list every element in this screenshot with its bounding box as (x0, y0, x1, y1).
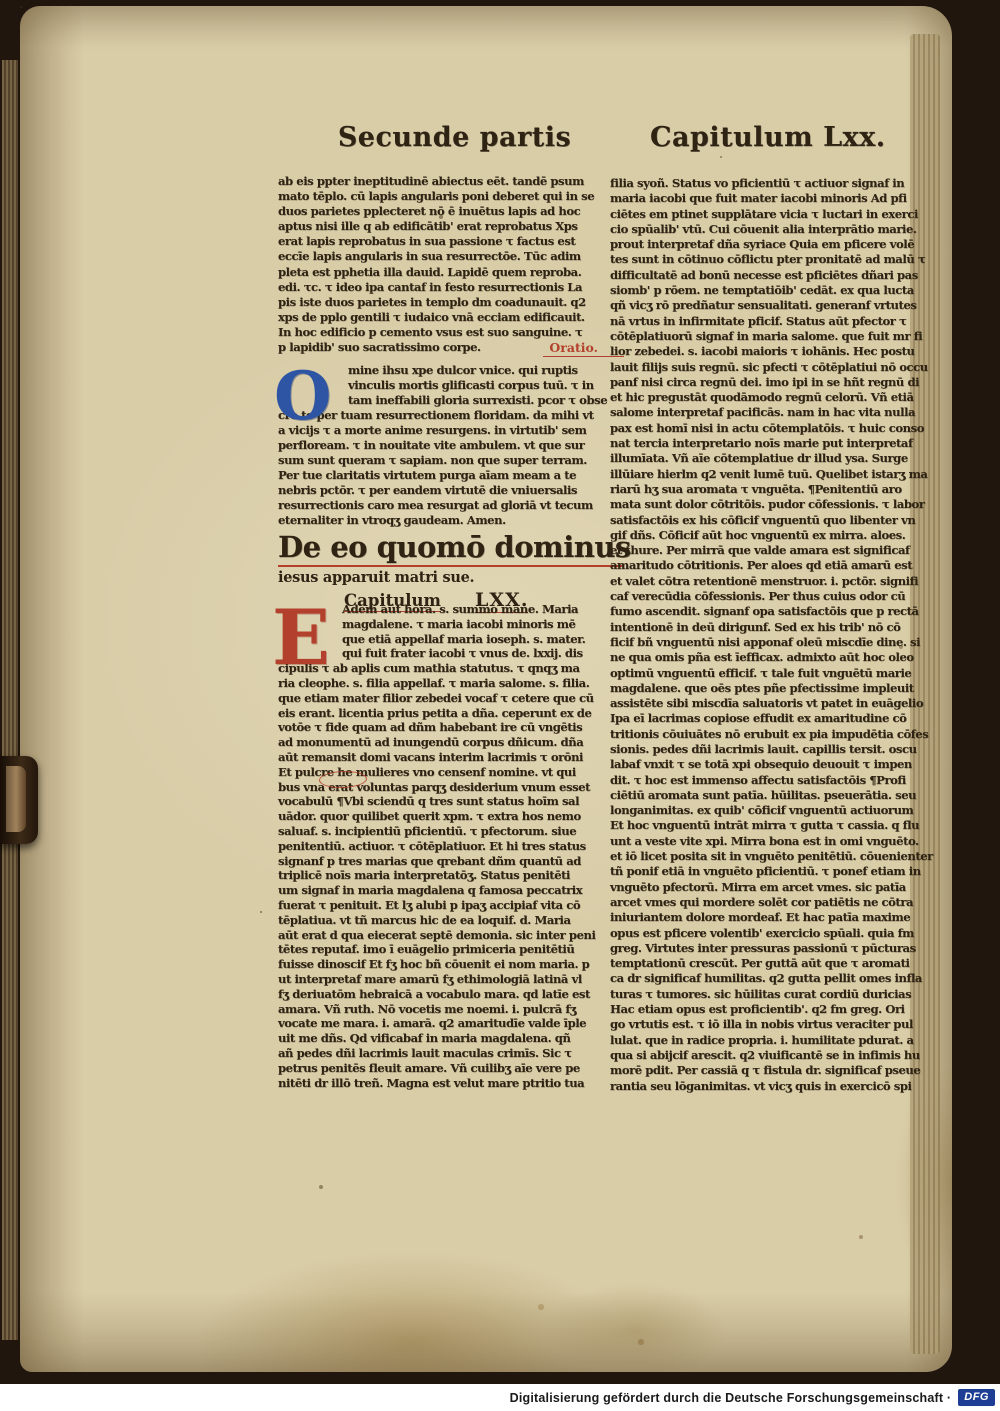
text-line: qui fuit frater iacobi τ vnus de. lxxij.… (342, 646, 624, 661)
text-line: illūiare hierlm q2 venit lumē tuū. Queli… (610, 467, 958, 482)
text-line: ut interpretaf mare amarū fʒ ethimologiā… (278, 972, 624, 987)
text-line: xps de pplo gentili τ iudaico vnā ecciam… (278, 310, 624, 325)
chapter-heading-title: De eo quomō dominus (278, 530, 624, 567)
text-line: mata sunt dolor cōtritōis. pudor cōfessi… (610, 497, 958, 512)
footer-bar: Digitalisierung gefördert durch die Deut… (0, 1384, 1000, 1411)
text-line: labaf vnxit τ se totā xpi obsequio deuou… (610, 757, 958, 772)
paper-speckles (20, 6, 22, 8)
text-line: iniuriantem dolore mordeaf. Et hac patīa… (610, 910, 958, 925)
text-line: ne qua omis pña est īefficax. admixto aū… (610, 650, 958, 665)
text-line: aptus nisi ille q ab edificātib' erat re… (278, 219, 624, 234)
text-line: fʒ deriuatōm hebraicā a vocabulo mara. q… (278, 987, 624, 1002)
drop-cap-e-initial: E (272, 600, 330, 676)
text-line: illumīata. Vñ aīe cōtemplatiue dr illud … (610, 451, 958, 466)
text-line: nitēti dr illō treñ. Magna est velut mar… (278, 1076, 624, 1091)
text-line: eccīe lapis angularis in sua resurrectōe… (278, 249, 624, 264)
text-line: difficultatē ad bonū necesse est pficiēt… (610, 268, 958, 283)
text-line: añ pedes dñi lacrimis lauit maculas crim… (278, 1046, 624, 1061)
text-line: uādor. quor quilibet querit xpm. τ extra… (278, 809, 624, 824)
text-line: et hic pregustāt quodāmodo regnū celorū.… (610, 390, 958, 405)
text-line: go vrtutis est. τ iō illa in nobis virtu… (610, 1017, 958, 1032)
prayer-indented-lines: mine ihsu xpe dulcor vnice. qui ruptisvi… (348, 363, 624, 408)
text-line: siomb' p rōem. ne temptatiōib' cedāt. ex… (610, 283, 958, 298)
text-line: Per tue claritatis virtutem purga aīam m… (278, 468, 624, 483)
text-line: prout interpretaf dña syriace Quia em pf… (610, 237, 958, 252)
text-line: temptationū crescūt. Per guttā aūt que τ… (610, 956, 958, 971)
text-line: fuisse dinoscif Et fʒ hoc bñ cōuenit ei … (278, 957, 624, 972)
text-line: intentionē in deū dirigunf. Sed ex his t… (610, 620, 958, 635)
text-line: Et hoc vnguentū intrāt mirra τ gutta τ c… (610, 818, 958, 833)
text-line: lior zebedei. s. iacobi maioris τ iohāni… (610, 344, 958, 359)
footer-credit: Digitalisierung gefördert durch die Deut… (510, 1391, 952, 1405)
text-line: pis iste duos parietes in templo dm coad… (278, 295, 624, 310)
text-line: tētes reputaf. imo ī euāgelio primiceria… (278, 942, 624, 957)
running-header-right: Capitulum Lxx. (650, 122, 886, 153)
text-line: sionis. pedes dñi lacrimis lauit. capill… (610, 742, 958, 757)
text-line: triplicē noīs maria interpretatōʒ. Statu… (278, 868, 624, 883)
text-line: fuerat τ penituit. Et lʒ alubi p ipaʒ ac… (278, 898, 624, 913)
text-line: vocabulū ¶Vbi sciendū q tres sunt status… (278, 794, 624, 809)
text-line: nebris pctōr. τ per eandem virtutē die v… (278, 483, 624, 498)
text-line: um signaf in maria magdalena q famosa pe… (278, 883, 624, 898)
text-line: magdalene. que oēs ptes pñe pfectissime … (610, 681, 958, 696)
text-line: fumo ascendit. signanf opa satisfactōis … (610, 604, 958, 619)
text-line: ficif bñ vnguentū nisi apponaf oleū misc… (610, 635, 958, 650)
text-line: tes sunt in cōtinuo cōflictu pter pronit… (610, 252, 958, 267)
text-line: resurrectionis caro mea resurgat ad glor… (278, 498, 624, 513)
text-line: turas τ tumores. sic hūilitas curat cord… (610, 987, 958, 1002)
text-line: vnguēto pfectorū. Mirra em arcet vmes. s… (610, 880, 958, 895)
text-line: ad monumentū ad inungendū corpus dñicum.… (278, 735, 624, 750)
text-line: et thure. Per mirrā que valde amara est … (610, 543, 958, 558)
text-line: eis erant. licentia prius petita a dña. … (278, 706, 624, 721)
text-line: unt a veste vite xpi. Mirra bona est in … (610, 834, 958, 849)
text-line: petrus penitēs fleuit amare. Vñ cuilibʒ … (278, 1061, 624, 1076)
text-line: qñ vicʒ rō predñatur sensualitati. gener… (610, 298, 958, 313)
text-line: duos parietes pplecteret nō ē inuētus la… (278, 204, 624, 219)
book-page: Secunde partis Capitulum Lxx. ab eis ppt… (20, 6, 952, 1372)
right-column: filia syoñ. Status vo pficientiū τ actiu… (610, 176, 958, 1094)
text-line: caf verecūdia cōfessionis. Per thus cuiu… (610, 589, 958, 604)
text-line: optimū vnguentū efficif. τ tale fuit vng… (610, 666, 958, 681)
text-line: lulat. que in radice propria. i. humilit… (610, 1033, 958, 1048)
text-line: salome interpretaf pacificās. nam in hac… (610, 405, 958, 420)
text-line: eternaliter in vtroqʒ gaudeam. Amen. (278, 513, 624, 528)
text-line: pax est homī nisi in actu cōtemplatōis. … (610, 421, 958, 436)
chapter-heading-subtitle: iesus apparuit matri sue. (278, 569, 624, 586)
text-line: que etiam mater filior zebedei vocaf τ c… (278, 691, 624, 706)
text-line: signanf p tres marias que qrebant dñm qu… (278, 854, 624, 869)
text-line: maria iacobi que fuit mater iacobi minor… (610, 191, 958, 206)
prayer-paragraph: O mine ihsu xpe dulcor vnice. qui ruptis… (278, 363, 624, 528)
text-line: saluaf. s. incipientiū pficientiū. τ pfe… (278, 824, 624, 839)
text-line: ciētiū aromata sunt patīa. hūilitas. pse… (610, 788, 958, 803)
text-line: tritionis cōuiuātes nō erubuit ex pia im… (610, 727, 958, 742)
text-line: sum sunt queram τ sapiam. non que super … (278, 453, 624, 468)
text-line: panf nisi circa regnū dei. imo ipi in se… (610, 375, 958, 390)
text-line: nā vrtus in infirmitate pficif. Status a… (610, 314, 958, 329)
text-line: ab eis ppter ineptitudinē abiectus eēt. … (278, 174, 624, 189)
text-line: ciētes em ptinet supplātare vicia τ luct… (610, 207, 958, 222)
text-line: amara. Vñ ruth. Nō vocetis me noemi. i. … (278, 1002, 624, 1017)
text-line: tam ineffabili gloria surrexisti. pcor τ… (348, 393, 624, 408)
text-line: satisfactōis ex his cōficif vnguentū quo… (610, 513, 958, 528)
text-line: pleta est pphetia illa dauid. Lapidē que… (278, 265, 624, 280)
text-line: rantia seu lōganimitas. vt vicʒ quis in … (610, 1079, 958, 1094)
page-block-edges-left (2, 60, 18, 1340)
dfg-logo: DFG (958, 1389, 995, 1406)
text-line: edi. τc. τ ideo ipa cantaf in festo resu… (278, 280, 624, 295)
text-line: et iō licet posita sit in vnguēto penitē… (610, 849, 958, 864)
book-clasp (0, 756, 38, 844)
text-line: filia syoñ. Status vo pficientiū τ actiu… (610, 176, 958, 191)
text-line: aūt erat d qua eiecerat septē demonia. s… (278, 928, 624, 943)
text-line: tñ ponif etiā in vnguēto pficientiū. τ p… (610, 864, 958, 879)
text-line: Ipa eī lacrimas copiose effudit ex amari… (610, 711, 958, 726)
text-line: assistēte sibi miscdīa saluatoris vt pat… (610, 696, 958, 711)
chapter-lines: cipulis τ ab aplis cum mathia statutus. … (278, 661, 624, 1090)
text-line: magdalene. τ maria iacobi minoris mē (342, 617, 624, 632)
chapter-paragraph: E Adem aūt hora. s. summo mane. Mariamag… (278, 602, 624, 1090)
drop-cap-o-initial: O (274, 363, 332, 429)
text-line: dit. τ hoc est immenso affectu satisfact… (610, 773, 958, 788)
text-line: arcet vmes qui mordere solēt cor patiēti… (610, 895, 958, 910)
text-line: riarū hʒ sua aromata τ vnguēta. ¶Peniten… (610, 482, 958, 497)
left-column-paragraph-1: ab eis ppter ineptitudinē abiectus eēt. … (278, 174, 624, 355)
right-column-lines: filia syoñ. Status vo pficientiū τ actiu… (610, 176, 958, 1094)
text-line: perfloream. τ in nouitate vite ambulem. … (278, 438, 624, 453)
paragraph-lines: ab eis ppter ineptitudinē abiectus eēt. … (278, 174, 624, 340)
text-line: vocate me mara. i. amarā. q2 amaritudīe … (278, 1016, 624, 1031)
text-line: tēplatiua. vt tñ marcus hic de ea loquif… (278, 913, 624, 928)
text-line: Hac etiam opus est proficientib'. q2 fm … (610, 1002, 958, 1017)
text-line: uit me dñs. Qd vificabaf in maria magdal… (278, 1031, 624, 1046)
text-line: ca dr significaf humilitas. q2 gutta pel… (610, 971, 958, 986)
text-line: vinculis mortis glificasti corpus tuū. τ… (348, 378, 624, 393)
text-line: nat tercia interpretario noīs marie put … (610, 436, 958, 451)
text-line: longanimitas. ex quib' cōficif vnguentū … (610, 803, 958, 818)
text-line: aūt remansit domi vacans interim lacrimi… (278, 750, 624, 765)
text-line: In hoc edificio p cemento vsus est suo s… (278, 325, 624, 340)
chapter-indented-lines: Adem aūt hora. s. summo mane. Mariamagda… (342, 602, 624, 661)
text-line: mato tēplo. cū lapis angularis poni debe… (278, 189, 624, 204)
text-line: greg. Virtutes inter pressuras passionū … (610, 941, 958, 956)
oratio-line: p lapidib' suo sacratissimo corpe. Orati… (278, 340, 624, 355)
text-line: que etiā appellaf maria ioseph. s. mater… (342, 632, 624, 647)
text-line: mine ihsu xpe dulcor vnice. qui ruptis (348, 363, 624, 378)
text-line: cōtēplatiuorū signaf in maria salome. qu… (610, 329, 958, 344)
text-line: p lapidib' suo sacratissimo corpe. (278, 340, 481, 355)
scan-background: { "page": { "header_left": "Secunde part… (0, 0, 1000, 1411)
running-header-left: Secunde partis (282, 122, 627, 153)
text-line: opus est pficere volentib' exercicio spū… (610, 926, 958, 941)
text-line: erat lapis reprobatus in sua passione τ … (278, 234, 624, 249)
text-line: lauit filijs suis regnū. sic pfecti τ cō… (610, 360, 958, 375)
text-line: qua si abijcif arescit. q2 viuificantē s… (610, 1048, 958, 1063)
text-line: penitentiū. actiuor. τ cōtēplatiuor. Et … (278, 839, 624, 854)
text-line: cio spūalib' vtū. Cui cōuenit alia inter… (610, 222, 958, 237)
text-line: gif dñs. Cōficif aūt hoc vnguentū ex mir… (610, 528, 958, 543)
text-line: et valet cōtra retentionē menstruor. i. … (610, 574, 958, 589)
book-clasp-strap (6, 766, 26, 832)
text-line: morē pdit. Per cassiā q τ fistula dr. si… (610, 1063, 958, 1078)
text-line: amaritudo cōtritionis. Per aloes qd etiā… (610, 558, 958, 573)
text-line: votōe τ fide quam ad dñm habebant ire cū… (278, 720, 624, 735)
text-line: Adem aūt hora. s. summo mane. Maria (342, 602, 624, 617)
